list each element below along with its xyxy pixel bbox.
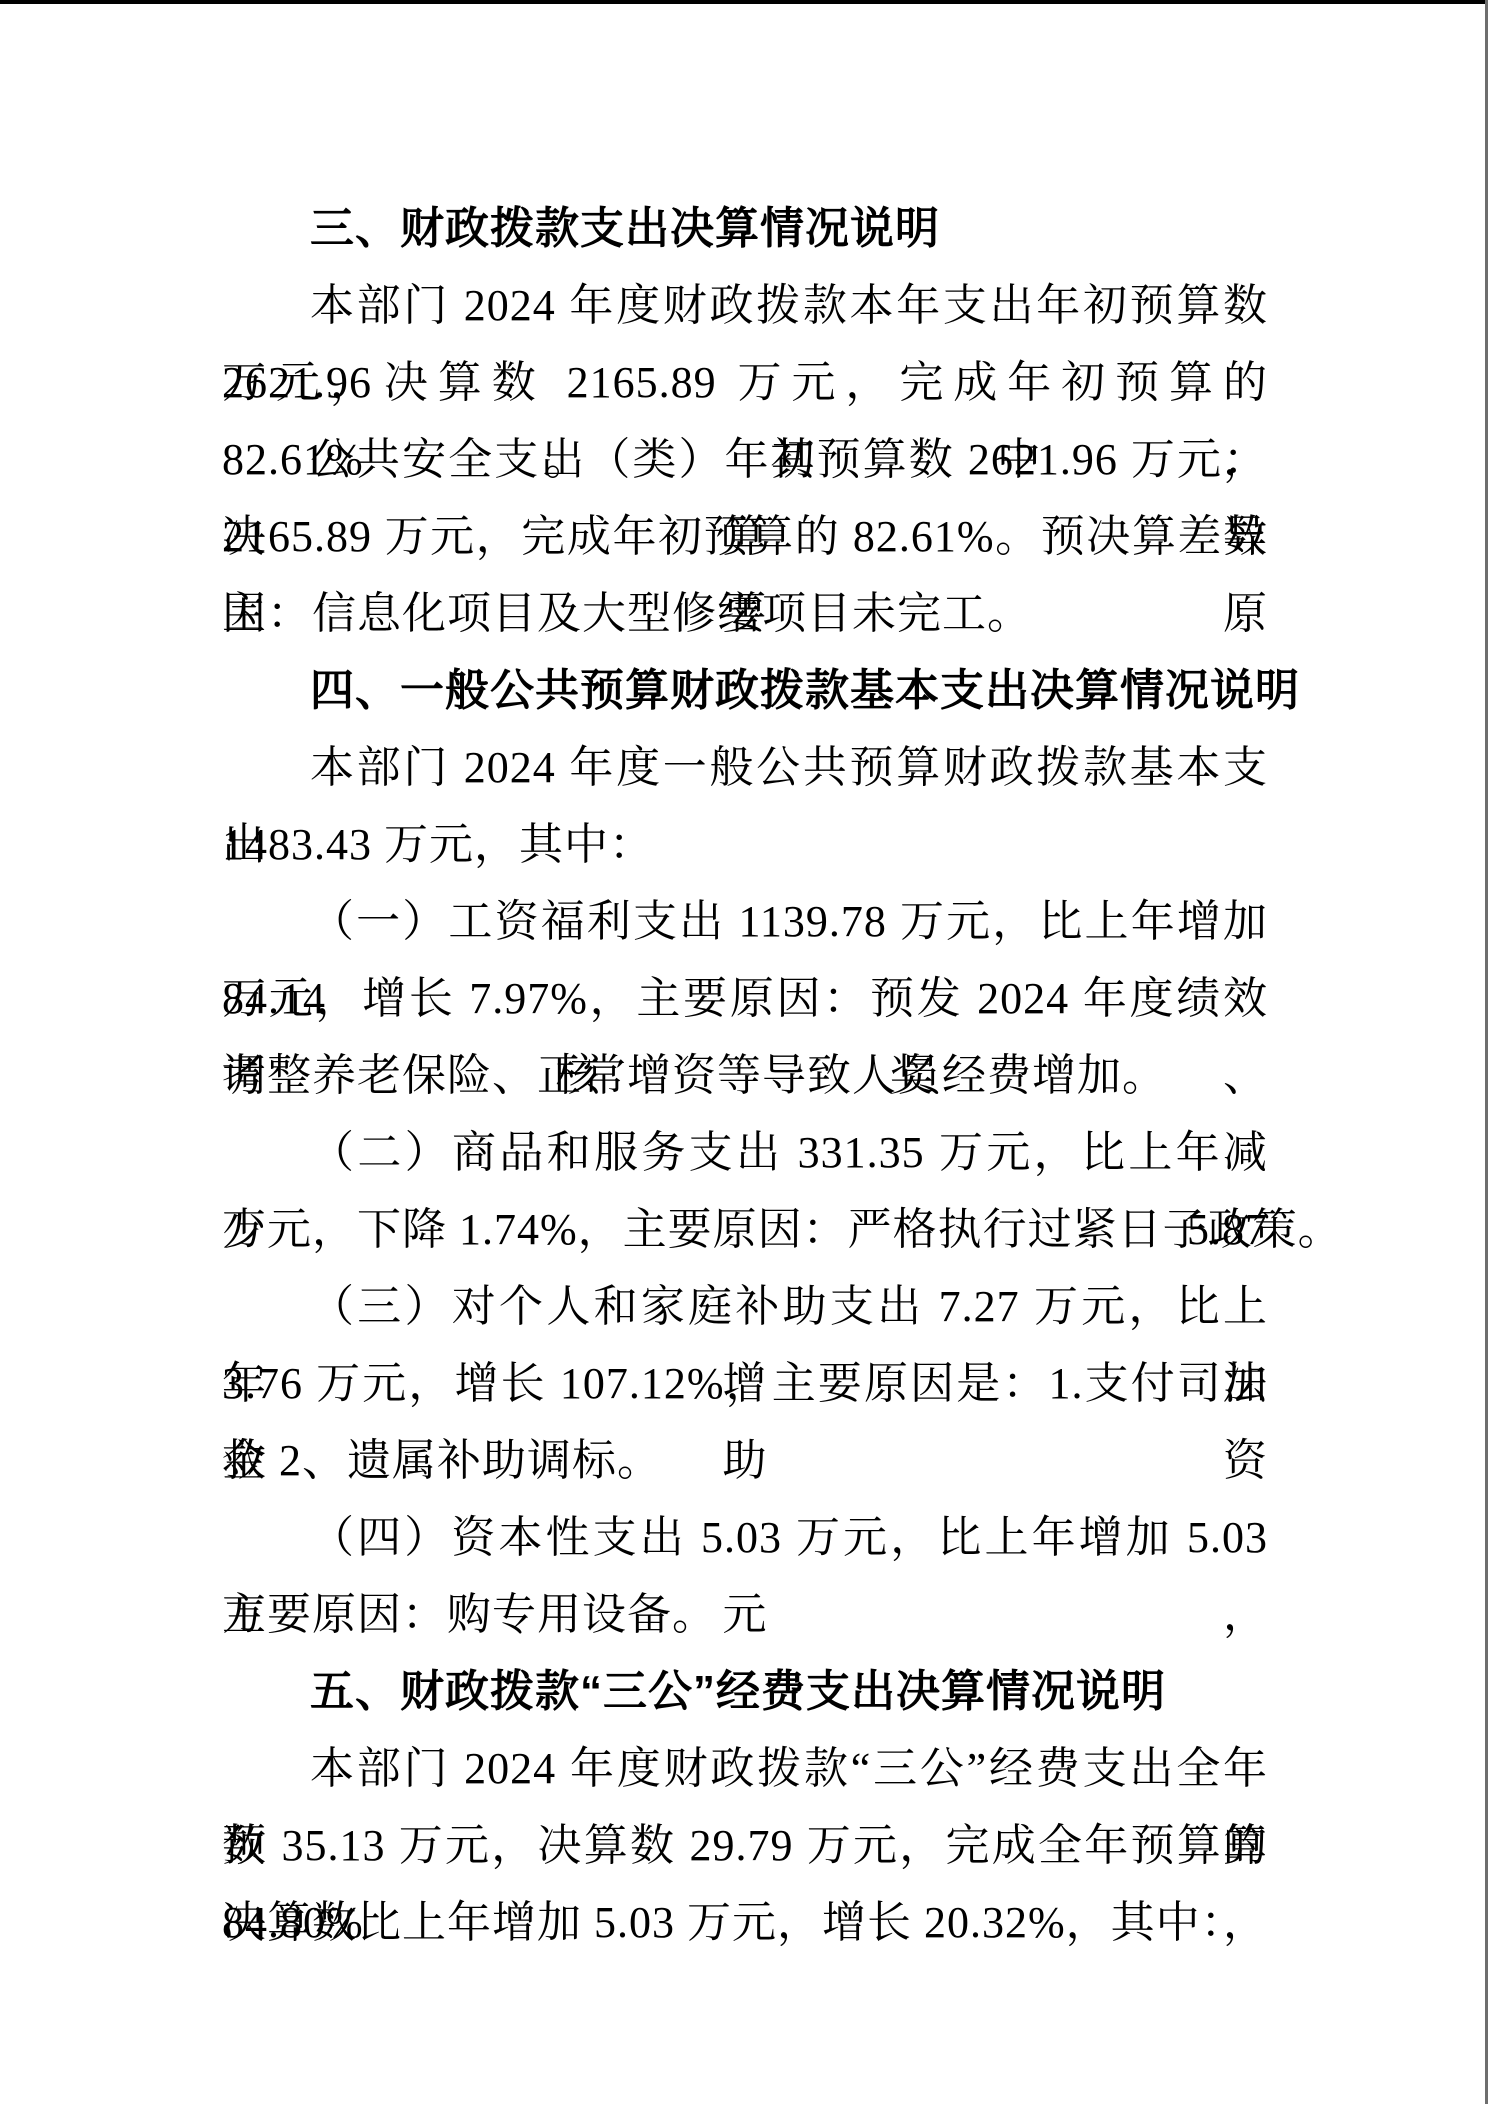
body-text-line: 数 35.13 万元，决算数 29.79 万元，完成全年预算的 84.80%， [222,1807,1268,1884]
body-text-line: （一）工资福利支出 1139.78 万元，比上年增加 84.14 [222,883,1268,960]
body-text-line: 万元，增长 7.97%，主要原因：预发 2024 年度绩效考核奖、 [222,960,1268,1037]
heading-line: 四、一般公共预算财政拨款基本支出决算情况说明 [222,652,1268,729]
paragraph: （一）工资福利支出 1139.78 万元，比上年增加 84.14万元，增长 7.… [222,883,1268,1114]
body-text-line: （四）资本性支出 5.03 万元，比上年增加 5.03 万元， [222,1499,1268,1576]
page-top-border [0,0,1488,4]
body-text-line: 决算数比上年增加 5.03 万元，增长 20.32%，其中： [222,1884,1268,1961]
body-text-line: 调整养老保险、正常增资等导致人员经费增加。 [222,1037,1268,1114]
body-text-line: 公共安全支出（类）年初预算数 2621.96 万元，决算数 [222,421,1268,498]
body-text-line: （二）商品和服务支出 331.35 万元，比上年减少 5.87 [222,1114,1268,1191]
paragraph: 本部门 2024 年度财政拨款“三公”经费支出全年预算数 35.13 万元，决算… [222,1730,1268,1961]
paragraph: 本部门 2024 年度财政拨款本年支出年初预算数 2621.96万元，决算数 2… [222,267,1268,421]
body-text-line: 万元，下降 1.74%，主要原因：严格执行过紧日子政策。 [222,1191,1268,1268]
paragraph: （三）对个人和家庭补助支出 7.27 万元，比上年增加3.76 万元，增长 10… [222,1268,1268,1499]
body-text-line: （三）对个人和家庭补助支出 7.27 万元，比上年增加 [222,1268,1268,1345]
body-text-line: 本部门 2024 年度一般公共预算财政拨款基本支出 [222,729,1268,806]
body-text-line: 本部门 2024 年度财政拨款本年支出年初预算数 2621.96 [222,267,1268,344]
body-text-line: 1483.43 万元，其中： [222,806,1268,883]
paragraph: 本部门 2024 年度一般公共预算财政拨款基本支出1483.43 万元，其中： [222,729,1268,883]
paragraph: （二）商品和服务支出 331.35 万元，比上年减少 5.87万元，下降 1.7… [222,1114,1268,1268]
section-heading: 三、财政拨款支出决算情况说明 [222,190,1268,267]
paragraph: （四）资本性支出 5.03 万元，比上年增加 5.03 万元，主要原因：购专用设… [222,1499,1268,1653]
heading-line: 三、财政拨款支出决算情况说明 [222,190,1268,267]
body-text-line: 万元，决算数 2165.89 万元，完成年初预算的 82.61%。其中： [222,344,1268,421]
section-heading: 四、一般公共预算财政拨款基本支出决算情况说明 [222,652,1268,729]
heading-line: 五、财政拨款“三公”经费支出决算情况说明 [222,1653,1268,1730]
document-page: 三、财政拨款支出决算情况说明本部门 2024 年度财政拨款本年支出年初预算数 2… [0,0,1488,2104]
body-text-line: 2165.89 万元，完成年初预算的 82.61%。预决算差异主要原 [222,498,1268,575]
section-heading: 五、财政拨款“三公”经费支出决算情况说明 [222,1653,1268,1730]
body-text-line: 3.76 万元，增长 107.12%，主要原因是：1.支付司法救助资 [222,1345,1268,1422]
paragraph: 公共安全支出（类）年初预算数 2621.96 万元，决算数2165.89 万元，… [222,421,1268,652]
document-body: 三、财政拨款支出决算情况说明本部门 2024 年度财政拨款本年支出年初预算数 2… [222,190,1268,1961]
body-text-line: 本部门 2024 年度财政拨款“三公”经费支出全年预算 [222,1730,1268,1807]
